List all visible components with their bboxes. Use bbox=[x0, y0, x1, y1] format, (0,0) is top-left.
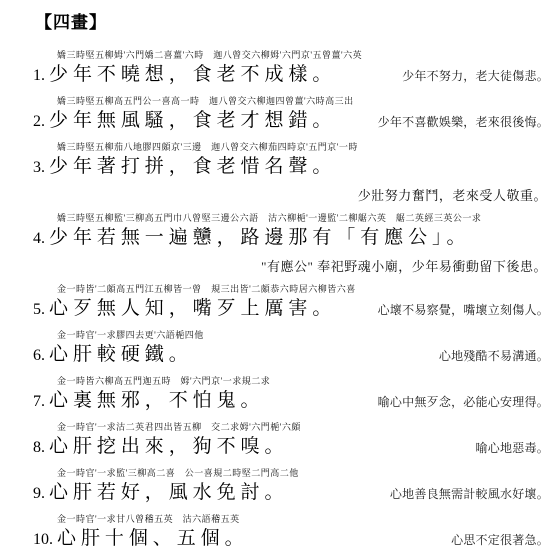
proverb-mainline: 4.少年若無一遍戇，路邊那有「有應公」。 bbox=[33, 224, 470, 252]
phonetic-annotation: 金一時官'一求膠四去更'六語梔四他 bbox=[33, 329, 549, 341]
item-number: 3. bbox=[33, 159, 49, 176]
phonetic-annotation: 嬌三時堅五柳監'三柳高五門巾八曾堅三邊公六語 沽六柳梔'一邊監'二柳艍六英 艍二… bbox=[33, 212, 549, 224]
proverb-row: 1.少年不曉想，食老不成樣。 少年不努力，老大徒傷悲。 bbox=[33, 61, 549, 90]
phonetic-annotation: 嬌三時堅五柳姆'六門嬌二喜薑'六時 迦八曾交六柳姆'六門京'五曾薑'六英 bbox=[33, 49, 549, 61]
proverb-row: 7.心裏無邪，不怕鬼。 喻心中無歹念，必能心安理得。 bbox=[33, 387, 549, 416]
phonetic-annotation: 金一時皆六柳高五門迦五時 姆'六門京'一求規二求 bbox=[33, 375, 549, 387]
proverb-row: 3.少年著打拼，食老惜名聲。 bbox=[33, 153, 549, 181]
section-title: 【四畫】 bbox=[35, 8, 549, 33]
explanation-inline: 心壞不易察覺，嘴壞立刻傷人。 bbox=[378, 297, 549, 324]
proverb-mainline: 2.少年無風騷，食老才想錯。 bbox=[33, 107, 336, 135]
item-number: 6. bbox=[33, 347, 49, 364]
proverb-item: 嬌三時堅五柳監'三柳高五門巾八曾堅三邊公六語 沽六柳梔'一邊監'二柳艍六英 艍二… bbox=[33, 212, 549, 275]
proverb-text: 少年無風騷，食老才想錯。 bbox=[49, 110, 336, 131]
explanation-block: "有應公" 奉祀野魂小廟，少年易衝動留下後患。 bbox=[33, 256, 547, 275]
item-number: 1. bbox=[33, 67, 49, 84]
proverb-mainline: 5.心歹無人知，嘴歹上厲害。 bbox=[33, 295, 336, 323]
proverb-mainline: 7.心裏無邪，不怕鬼。 bbox=[33, 387, 264, 415]
proverb-text: 少年若無一遍戇，路邊那有「有應公」。 bbox=[49, 227, 470, 248]
phonetic-annotation: 嬌三時堅五柳茄八地膠四頗京'三邊 迦八曾交六柳茄四時京'五門京'一時 bbox=[33, 141, 549, 153]
proverb-mainline: 9.心肝若好，風水免討。 bbox=[33, 479, 288, 507]
proverb-item: 金一時官'一求監'三柳高二喜 公一喜規二時堅二門高二他 9.心肝若好，風水免討。… bbox=[33, 467, 549, 508]
phonetic-annotation: 嬌三時堅五柳高五門公一喜高一時 迦八曾交六柳迦四曾薑'六時高三出 bbox=[33, 95, 549, 107]
explanation-inline: 心思不定很著急。 bbox=[451, 527, 549, 550]
proverb-text: 心裏無邪，不怕鬼。 bbox=[49, 390, 264, 411]
proverb-mainline: 10.心肝十個、五個。 bbox=[33, 525, 249, 550]
proverb-item: 金一時皆六柳高五門迦五時 姆'六門京'一求規二求 7.心裏無邪，不怕鬼。 喻心中… bbox=[33, 375, 549, 416]
item-number: 8. bbox=[33, 439, 49, 456]
phonetic-annotation: 金一時官'一求沽二英君四出皆五柳 交二求姆'六門梔'六頗 bbox=[33, 421, 549, 433]
proverb-text: 心歹無人知，嘴歹上厲害。 bbox=[49, 298, 336, 319]
proverb-item: 金一時官'一求膠四去更'六語梔四他 6.心肝較硬鐵。 心地殘酷不易溝通。 bbox=[33, 329, 549, 370]
proverb-mainline: 6.心肝較硬鐵。 bbox=[33, 341, 193, 369]
explanation-inline: 心地善良無需計較風水好壞。 bbox=[390, 481, 549, 508]
proverb-mainline: 1.少年不曉想，食老不成樣。 bbox=[33, 61, 336, 89]
proverb-row: 8.心肝挖出來，狗不嗅。 喻心地惡毒。 bbox=[33, 433, 549, 462]
proverb-row: 6.心肝較硬鐵。 心地殘酷不易溝通。 bbox=[33, 341, 549, 370]
proverb-text: 心肝十個、五個。 bbox=[57, 528, 249, 549]
proverb-item: 嬌三時堅五柳茄八地膠四頗京'三邊 迦八曾交六柳茄四時京'五門京'一時 3.少年著… bbox=[33, 141, 549, 204]
proverb-item: 金一時官'一求甘八曾稽五英 沽六語稽五英 10.心肝十個、五個。 心思不定很著急… bbox=[33, 513, 549, 550]
item-number: 9. bbox=[33, 485, 49, 502]
proverb-text: 心肝較硬鐵。 bbox=[49, 344, 193, 365]
explanation-block: 少壯努力奮鬥，老來受人敬重。 bbox=[33, 185, 547, 204]
proverb-text: 心肝若好，風水免討。 bbox=[49, 482, 288, 503]
explanation-inline: 少年不喜歡娛樂，老來很後悔。 bbox=[378, 109, 549, 136]
proverb-item: 嬌三時堅五柳高五門公一喜高一時 迦八曾交六柳迦四曾薑'六時高三出 2.少年無風騷… bbox=[33, 95, 549, 136]
document-page: 【四畫】 嬌三時堅五柳姆'六門嬌二喜薑'六時 迦八曾交六柳姆'六門京'五曾薑'六… bbox=[0, 0, 557, 550]
item-number: 4. bbox=[33, 230, 49, 247]
proverb-text: 少年著打拼，食老惜名聲。 bbox=[49, 156, 336, 177]
proverb-item: 金一時皆'二頗高五門江五柳皆一曾 規三出皆'二頗恭六時居六柳皆六喜 5.心歹無人… bbox=[33, 283, 549, 324]
proverb-text: 心肝挖出來，狗不嗅。 bbox=[49, 436, 288, 457]
proverb-row: 10.心肝十個、五個。 心思不定很著急。 bbox=[33, 525, 549, 550]
proverb-item: 金一時官'一求沽二英君四出皆五柳 交二求姆'六門梔'六頗 8.心肝挖出來，狗不嗅… bbox=[33, 421, 549, 462]
proverb-row: 5.心歹無人知，嘴歹上厲害。 心壞不易察覺，嘴壞立刻傷人。 bbox=[33, 295, 549, 324]
proverb-mainline: 3.少年著打拼，食老惜名聲。 bbox=[33, 153, 336, 181]
explanation-inline: 喻心中無歹念，必能心安理得。 bbox=[378, 389, 549, 416]
explanation-inline: 心地殘酷不易溝通。 bbox=[439, 343, 549, 370]
item-number: 2. bbox=[33, 113, 49, 130]
item-number: 5. bbox=[33, 301, 49, 318]
item-number: 10. bbox=[33, 531, 57, 548]
phonetic-annotation: 金一時官'一求甘八曾稽五英 沽六語稽五英 bbox=[33, 513, 549, 525]
proverb-row: 2.少年無風騷，食老才想錯。 少年不喜歡娛樂，老來很後悔。 bbox=[33, 107, 549, 136]
proverb-row: 4.少年若無一遍戇，路邊那有「有應公」。 bbox=[33, 224, 549, 252]
explanation-inline: 喻心地惡毒。 bbox=[476, 435, 549, 462]
proverb-item: 嬌三時堅五柳姆'六門嬌二喜薑'六時 迦八曾交六柳姆'六門京'五曾薑'六英 1.少… bbox=[33, 49, 549, 90]
explanation-inline: 少年不努力，老大徒傷悲。 bbox=[402, 63, 549, 90]
phonetic-annotation: 金一時皆'二頗高五門江五柳皆一曾 規三出皆'二頗恭六時居六柳皆六喜 bbox=[33, 283, 549, 295]
item-number: 7. bbox=[33, 393, 49, 410]
phonetic-annotation: 金一時官'一求監'三柳高二喜 公一喜規二時堅二門高二他 bbox=[33, 467, 549, 479]
proverb-row: 9.心肝若好，風水免討。 心地善良無需計較風水好壞。 bbox=[33, 479, 549, 508]
proverb-text: 少年不曉想，食老不成樣。 bbox=[49, 64, 336, 85]
proverb-mainline: 8.心肝挖出來，狗不嗅。 bbox=[33, 433, 288, 461]
